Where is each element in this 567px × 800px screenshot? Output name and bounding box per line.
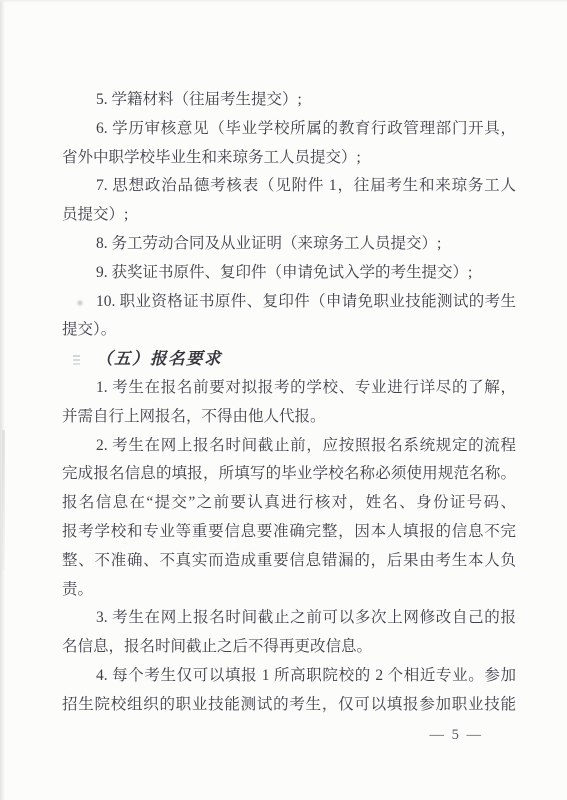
list-item-10-cont: 提交）。 (62, 316, 516, 345)
list-item-7: 7. 思想政治品德考核表（见附件 1，往届考生和来琼务工人 (62, 172, 516, 201)
paragraph-2-cont-4: 整、不准确、不真实而造成重要信息错漏的，后果由考生本人负 (62, 547, 516, 576)
scan-edge-artifact-top (0, 0, 567, 3)
list-item-8: 8. 务工劳动合同及从业证明（来琼务工人员提交）; (62, 230, 516, 259)
paragraph-3-cont: 名信息，报名时间截止之后不得再更改信息。 (62, 633, 516, 662)
paragraph-2-cont-5: 责。 (62, 576, 516, 605)
list-item-6: 6. 学历审核意见（毕业学校所属的教育行政管理部门开具， (62, 115, 516, 144)
document-body: 5. 学籍材料（往届考生提交）; 6. 学历审核意见（毕业学校所属的教育行政管理… (62, 86, 516, 720)
paragraph-1-cont: 并需自行上网报名，不得由他人代报。 (62, 403, 516, 432)
list-item-5: 5. 学籍材料（往届考生提交）; (62, 86, 516, 115)
scanned-document-page: 5. 学籍材料（往届考生提交）; 6. 学历审核意见（毕业学校所属的教育行政管理… (0, 0, 567, 800)
list-item-7-cont: 员提交）; (62, 201, 516, 230)
paragraph-3: 3. 考生在网上报名时间截止之前可以多次上网修改自己的报 (62, 604, 516, 633)
paragraph-4-cont: 招生院校组织的职业技能测试的考生，仅可以填报参加职业技能 (62, 691, 516, 720)
list-item-6-cont: 省外中职学校毕业生和来琼务工人员提交）; (62, 144, 516, 173)
scan-speck-artifact (2, 430, 5, 570)
paragraph-2-cont-3: 报考学校和专业等重要信息要准确完整，因本人填报的信息不完 (62, 518, 516, 547)
paragraph-2: 2. 考生在网上报名时间截止前，应按照报名系统规定的流程 (62, 432, 516, 461)
scan-edge-artifact-left (0, 0, 5, 800)
list-item-9: 9. 获奖证书原件、复印件（申请免试入学的考生提交）; (62, 259, 516, 288)
paragraph-2-cont-2: 报名信息在“提交”之前要认真进行核对，姓名、身份证号码、 (62, 489, 516, 518)
section-heading: （五）报名要求 (62, 345, 516, 374)
paragraph-2-cont-1: 完成报名信息的填报，所填写的毕业学校名称必须使用规范名称。 (62, 460, 516, 489)
paragraph-4: 4. 每个考生仅可以填报 1 所高职院校的 2 个相近专业。参加 (62, 662, 516, 691)
page-number: — 5 — (430, 727, 484, 744)
paragraph-1: 1. 考生在报名前要对拟报考的学校、专业进行详尽的了解， (62, 374, 516, 403)
list-item-10: 10. 职业资格证书原件、复印件（申请免职业技能测试的考生 (62, 288, 516, 317)
